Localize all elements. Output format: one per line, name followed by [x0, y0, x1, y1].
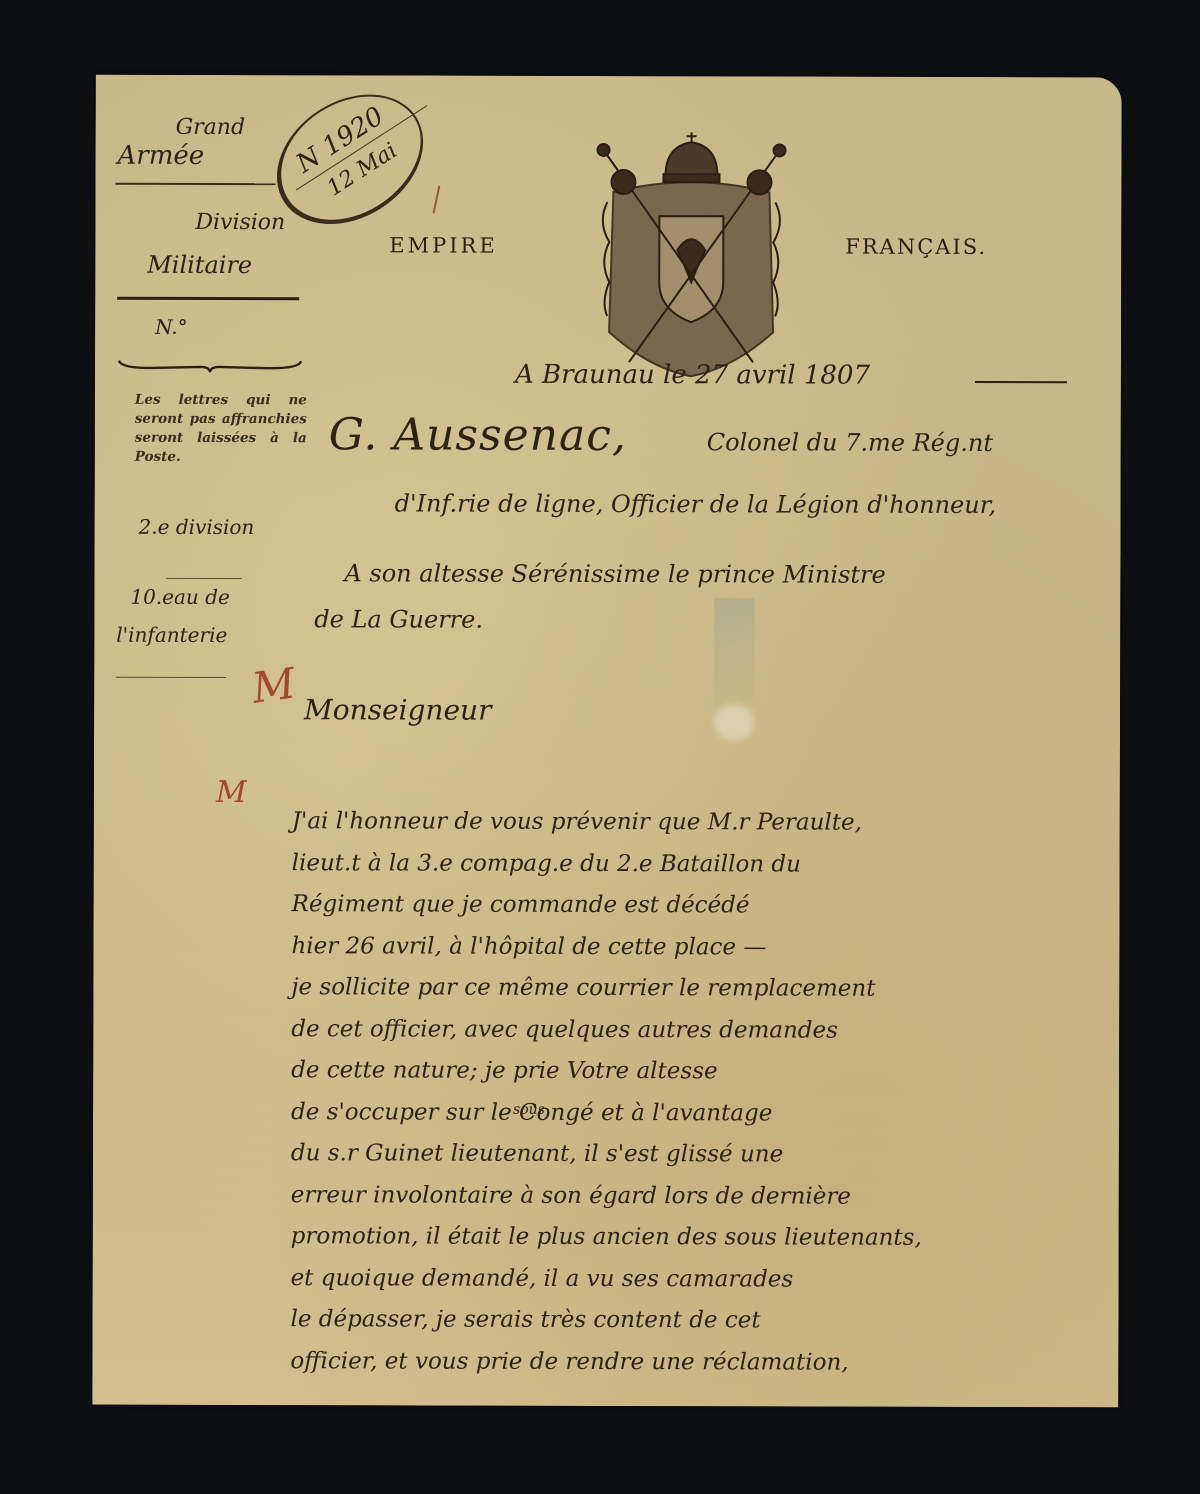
- letter-body: J'ai l'honneur de vous prévenir que M.r …: [290, 801, 1112, 1384]
- divider: [115, 183, 275, 185]
- body-line: je sollicite par ce même courrier le rem…: [291, 967, 1111, 1011]
- body-line: officier, et vous prie de rendre une réc…: [290, 1341, 1110, 1385]
- body-line: de cette nature; je prie Votre altesse: [291, 1050, 1111, 1094]
- body-line: du s.r Guinet lieutenant, il s'est gliss…: [291, 1133, 1111, 1177]
- red-annotation: M: [216, 775, 247, 810]
- dateline-rule: [975, 381, 1067, 383]
- addressee-line2: de La Guerre.: [314, 605, 483, 633]
- body-line: lieut.t à la 3.e compag.e du 2.e Bataill…: [292, 843, 1112, 887]
- body-line: de cet officier, avec quelques autres de…: [291, 1009, 1111, 1053]
- interlinear-insertion: sous: [513, 1102, 545, 1118]
- ink-stain: [714, 598, 754, 708]
- sender-name: G. Aussenac,: [329, 409, 627, 461]
- ink-mark: [432, 186, 440, 214]
- divider: [117, 297, 299, 300]
- greeting: Monseigneur: [304, 693, 491, 726]
- brace-ornament-icon: [117, 357, 303, 373]
- paper-spot: [714, 704, 754, 740]
- body-line: Régiment que je commande est décédé: [292, 884, 1112, 928]
- margin-note-infanterie: l'infanterie: [116, 623, 227, 647]
- divider: [166, 578, 241, 579]
- addressee-line1: A son altesse Sérénissime le prince Mini…: [344, 559, 885, 588]
- body-line: hier 26 avril, à l'hôpital de cette plac…: [291, 926, 1111, 970]
- red-annotation: M: [249, 658, 298, 712]
- body-line: de s'occuper sur le Congé et à l'avantag…: [291, 1092, 1111, 1136]
- letterhead-francais: FRANÇAIS.: [845, 235, 987, 259]
- number-label: N.°: [155, 315, 188, 339]
- army-label-armee: Armée: [117, 141, 204, 171]
- dateline: A Braunau le 27 avril 1807: [515, 360, 870, 391]
- letter-page: Grand Armée Division Militaire N.° Les l…: [92, 75, 1121, 1408]
- divider: [116, 677, 226, 678]
- margin-note-division: 2.e division: [139, 515, 255, 539]
- sender-title-line1: Colonel du 7.me Rég.nt: [707, 428, 993, 457]
- body-line: le dépasser, je serais très content de c…: [290, 1299, 1110, 1343]
- margin-note-bureau: 10.eau de: [130, 585, 230, 609]
- militaire-label: Militaire: [147, 251, 252, 279]
- sender-title-line2: d'Inf.rie de ligne, Officier de la Légio…: [395, 489, 997, 519]
- body-line: erreur involontaire à son égard lors de …: [291, 1175, 1111, 1219]
- body-line: J'ai l'honneur de vous prévenir que M.r …: [292, 801, 1112, 845]
- letterhead-empire: EMPIRE: [389, 233, 497, 257]
- imperial-coat-of-arms-icon: [573, 132, 810, 381]
- postage-notice: Les lettres qui ne seront pas affranchie…: [135, 391, 307, 467]
- army-label-grand: Grand: [176, 115, 246, 140]
- division-label: Division: [195, 210, 285, 235]
- body-line: et quoique demandé, il a vu ses camarade…: [291, 1258, 1111, 1302]
- body-line: promotion, il était le plus ancien des s…: [291, 1216, 1111, 1260]
